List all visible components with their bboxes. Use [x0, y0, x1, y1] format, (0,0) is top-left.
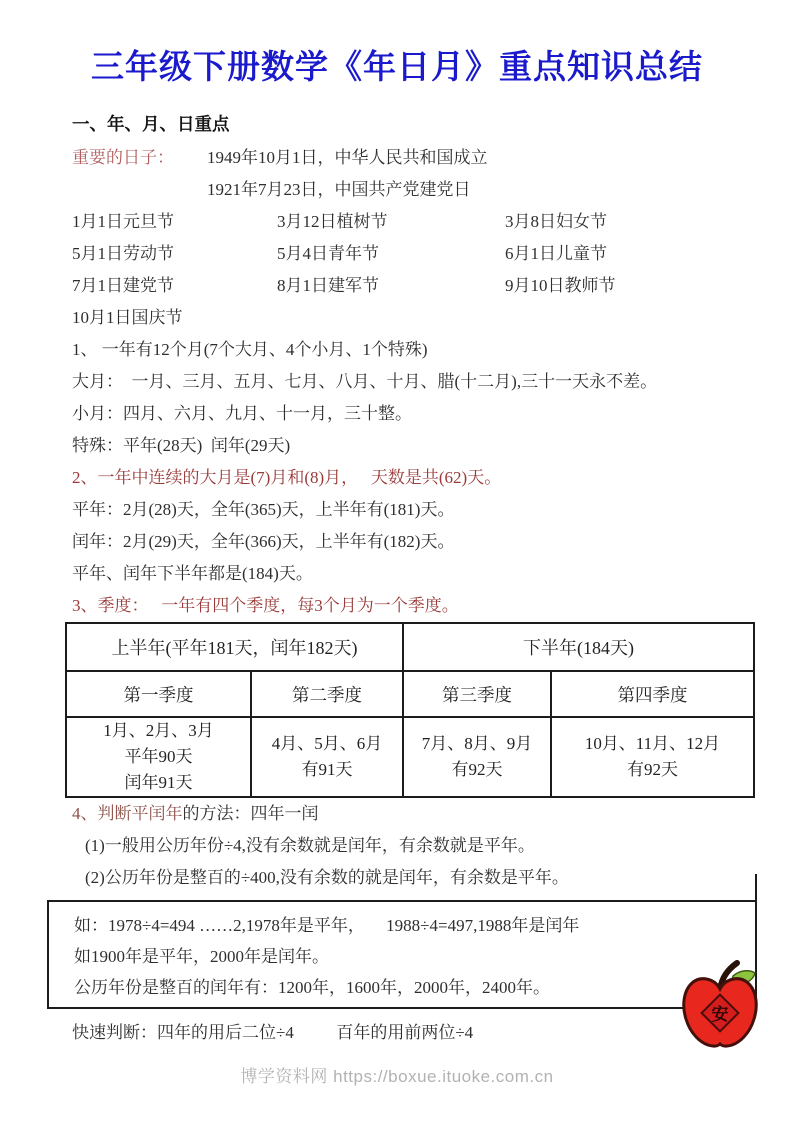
holiday-item: 8月1日建军节 [277, 270, 505, 302]
holiday-item: 10月1日国庆节 [72, 302, 277, 334]
quarter-3-detail-cell: 7月、8月、9月 有92天 [403, 717, 551, 797]
footer-watermark: 博学资料网 https://boxue.ituoke.com.cn [0, 1062, 794, 1087]
quarter-1-months: 1月、2月、3月 [67, 718, 250, 744]
example-line-3: 公历年份是整百的闰年有：1200年，1600年，2000年，2400年。 [74, 972, 755, 1003]
leap-rule-2: (2)公历年份是整百的÷400,没有余数的就是闰年，有余数是平年。 [0, 862, 794, 894]
quick-judge-line: 快速判断：四年的用后二位÷4 百年的用前两位÷4 [0, 1017, 794, 1049]
quarter-4-days: 有92天 [552, 757, 753, 783]
quarter-4-detail-cell: 10月、11月、12月 有92天 [551, 717, 754, 797]
table-half-year-row: 上半年(平年181天，闰年182天) 下半年(184天) [66, 623, 754, 671]
quarter-1-common-days: 平年90天 [67, 744, 250, 770]
holiday-item: 3月8日妇女节 [505, 212, 607, 231]
holiday-row-4: 10月1日国庆节 [0, 302, 794, 334]
apple-seal-character: 安 [712, 1004, 729, 1024]
important-dates-line-1: 重要的日子：1949年10月1日，中华人民共和国成立 [0, 142, 794, 174]
box-border-stub [755, 874, 757, 900]
important-dates-label: 重要的日子： [72, 142, 207, 174]
holiday-row-2: 5月1日劳动节5月4日青年节6月1日儿童节 [0, 238, 794, 270]
point3-heading: 3、季度： 一年有四个季度，每3个月为一个季度。 [0, 590, 794, 622]
point2-common-year: 平年：2月(28)天，全年(365)天，上半年有(181)天。 [0, 494, 794, 526]
important-date-founding: 1949年10月1日，中华人民共和国成立 [207, 148, 488, 167]
holiday-item: 9月10日教师节 [505, 276, 616, 295]
point2-leap-year: 闰年：2月(29)天，全年(366)天，上半年有(182)天。 [0, 526, 794, 558]
quarter-1-leap-days: 闰年91天 [67, 770, 250, 796]
point1-special: 特殊：平年(28天) 闰年(29天) [0, 430, 794, 462]
holiday-item: 7月1日建党节 [72, 270, 277, 302]
quarter-2-header-cell: 第二季度 [251, 671, 403, 717]
apple-seal-icon: 安 [681, 957, 759, 1051]
holiday-item: 5月4日青年节 [277, 238, 505, 270]
apple-seal-svg: 安 [681, 957, 759, 1051]
leap-rule-1: (1)一般用公历年份÷4,没有余数就是闰年，有余数就是平年。 [0, 830, 794, 862]
table-quarter-header-row: 第一季度 第二季度 第三季度 第四季度 [66, 671, 754, 717]
quarter-1-header-cell: 第一季度 [66, 671, 251, 717]
holiday-item: 6月1日儿童节 [505, 244, 607, 263]
example-box: 如：1978÷4=494 ……2,1978年是平年， 1988÷4=497,19… [47, 900, 757, 1009]
season-table: 上半年(平年181天，闰年182天) 下半年(184天) 第一季度 第二季度 第… [65, 622, 755, 798]
first-half-header-cell: 上半年(平年181天，闰年182天) [66, 623, 403, 671]
holiday-item: 1月1日元旦节 [72, 206, 277, 238]
point1-big-months: 大月： 一月、三月、五月、七月、八月、十月、腊(十二月),三十一天永不差。 [0, 366, 794, 398]
quarter-2-detail-cell: 4月、5月、6月 有91天 [251, 717, 403, 797]
quarter-3-months: 7月、8月、9月 [404, 731, 550, 757]
holiday-row-1: 1月1日元旦节3月12日植树节3月8日妇女节 [0, 206, 794, 238]
quarter-3-header-cell: 第三季度 [403, 671, 551, 717]
quarter-2-months: 4月、5月、6月 [252, 731, 402, 757]
section-heading: 一、年、月、日重点 [0, 112, 794, 136]
page-title: 三年级下册数学《年日月》重点知识总结 [0, 44, 794, 90]
example-line-2: 如1900年是平年，2000年是闰年。 [74, 941, 755, 972]
point2-second-half: 平年、闰年下半年都是(184)天。 [0, 558, 794, 590]
holiday-row-3: 7月1日建党节8月1日建军节9月10日教师节 [0, 270, 794, 302]
holiday-item: 5月1日劳动节 [72, 238, 277, 270]
point1-small-months: 小月：四月、六月、九月、十一月，三十整。 [0, 398, 794, 430]
quarter-4-header-cell: 第四季度 [551, 671, 754, 717]
point4-heading-rest: 的方法：四年一闰 [183, 804, 319, 823]
quarter-2-days: 有91天 [252, 757, 402, 783]
table-quarter-detail-row: 1月、2月、3月 平年90天 闰年91天 4月、5月、6月 有91天 7月、8月… [66, 717, 754, 797]
quarter-4-months: 10月、11月、12月 [552, 731, 753, 757]
important-date-party: 1921年7月23日，中国共产党建党日 [207, 180, 471, 199]
holiday-item: 3月12日植树节 [277, 206, 505, 238]
quarter-1-detail-cell: 1月、2月、3月 平年90天 闰年91天 [66, 717, 251, 797]
document-page: 三年级下册数学《年日月》重点知识总结 一、年、月、日重点 重要的日子：1949年… [0, 0, 794, 1122]
quarter-3-days: 有92天 [404, 757, 550, 783]
important-dates-line-2: 1921年7月23日，中国共产党建党日 [0, 174, 794, 206]
document-body: 重要的日子：1949年10月1日，中华人民共和国成立 1921年7月23日，中国… [0, 142, 794, 1049]
point4-heading-red: 4、判断平闰年 [72, 804, 183, 823]
second-half-header-cell: 下半年(184天) [403, 623, 754, 671]
point2-heading: 2、一年中连续的大月是(7)月和(8)月， 天数是共(62)天。 [0, 462, 794, 494]
point1-heading: 1、 一年有12个月(7个大月、4个小月、1个特殊) [0, 334, 794, 366]
point4-heading: 4、判断平闰年的方法：四年一闰 [0, 798, 794, 830]
example-line-1: 如：1978÷4=494 ……2,1978年是平年， 1988÷4=497,19… [74, 910, 755, 941]
